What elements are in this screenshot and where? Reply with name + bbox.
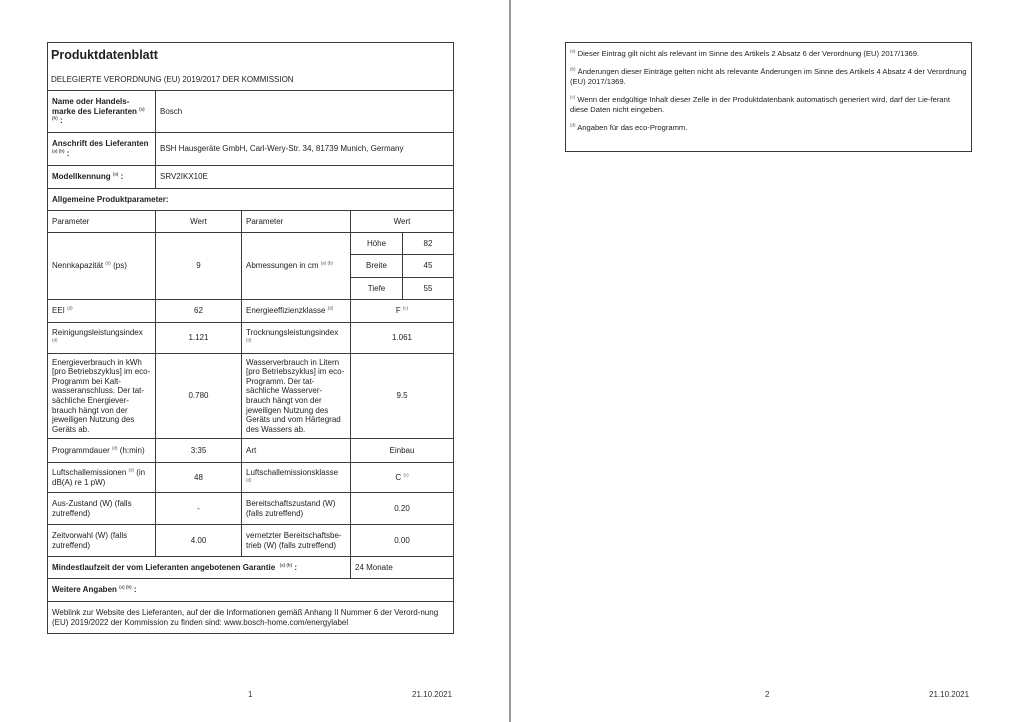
noise-class-label: Luftschallemissionsklasse(d) <box>241 462 351 493</box>
general-params-heading: Allgemeine Produktparameter: <box>47 188 454 211</box>
warranty-value: 24 Monate <box>350 556 454 579</box>
standby-value: 0.20 <box>350 492 454 525</box>
delay-start-label: Zeitvorwahl (W) (falls zutreffend) <box>47 524 156 557</box>
water-consumption-value: 9.5 <box>350 353 454 439</box>
header-value-2: Wert <box>350 210 454 233</box>
supplier-address-value: BSH Hausgeräte GmbH, Carl-Wery-Str. 34, … <box>155 132 454 166</box>
noise-label: Luftschallemissionen (d) (in dB(A) re 1 … <box>47 462 156 493</box>
footnote-b: (b) Änderungen dieser Einträge gelten ni… <box>570 67 967 86</box>
model-label: Modellkennung (a) : <box>47 165 156 189</box>
noise-value: 48 <box>155 462 242 493</box>
networked-standby-value: 0.00 <box>350 524 454 557</box>
page-1: Produktdatenblatt DELEGIERTE VERORDNUNG … <box>0 0 510 722</box>
header-parameter-2: Parameter <box>241 210 351 233</box>
cleaning-index-value: 1.121 <box>155 322 242 354</box>
dimension-name-depth: Tiefe <box>350 277 403 300</box>
page-number: 1 <box>248 690 252 699</box>
water-consumption-label: Wasserverbrauch in Litern [pro Betriebsz… <box>241 353 351 439</box>
dimension-value-depth: 55 <box>402 277 454 300</box>
page-2: (a) Dieser Eintrag gilt nicht als releva… <box>511 0 1024 722</box>
eei-value: 62 <box>155 299 242 323</box>
weblink-info: Weblink zur Website des Lieferanten, auf… <box>47 601 454 634</box>
dimension-name-height: Höhe <box>350 232 403 255</box>
program-duration-label: Programmdauer (d) (h:min) <box>47 438 156 463</box>
footnote-a: (a) Dieser Eintrag gilt nicht als releva… <box>570 49 967 58</box>
eei-label: EEI (d) <box>47 299 156 323</box>
energy-consumption-label: Energieverbrauch in kWh [pro Betriebszyk… <box>47 353 156 439</box>
off-mode-value: - <box>155 492 242 525</box>
drying-index-value: 1.061 <box>350 322 454 354</box>
networked-standby-label: vernetzter Bereitschaftsbe-trieb (W) (fa… <box>241 524 351 557</box>
energy-consumption-value: 0.780 <box>155 353 242 439</box>
page-date: 21.10.2021 <box>929 690 969 699</box>
supplier-address-label: Anschrift des Lieferanten (a) (b) : <box>47 132 156 166</box>
energy-class-label: Energieeffizienzklasse (d) <box>241 299 351 323</box>
dimension-value-height: 82 <box>402 232 454 255</box>
regulation-text: DELEGIERTE VERORDNUNG (EU) 2019/2017 DER… <box>51 75 294 85</box>
page-date: 21.10.2021 <box>412 690 452 699</box>
type-value: Einbau <box>350 438 454 463</box>
noise-class-value: C (c) <box>350 462 454 493</box>
model-value: SRV2IKX10E <box>155 165 454 189</box>
cleaning-index-label: Reinigungsleistungsindex(d) <box>47 322 156 354</box>
dimensions-label: Abmessungen in cm (a) (b) <box>241 232 351 300</box>
footnotes-box: (a) Dieser Eintrag gilt nicht als releva… <box>565 42 972 152</box>
drying-index-label: Trocknungsleistungsindex(d) <box>241 322 351 354</box>
supplier-name-value: Bosch <box>155 90 454 133</box>
page-number: 2 <box>765 690 769 699</box>
dimension-value-width: 45 <box>402 254 454 278</box>
energy-class-value: F (c) <box>350 299 454 323</box>
capacity-value: 9 <box>155 232 242 300</box>
standby-label: Bereitschaftszustand (W) (falls zutreffe… <box>241 492 351 525</box>
footnote-d: (d) Angaben für das eco-Programm. <box>570 123 967 132</box>
type-label: Art <box>241 438 351 463</box>
warranty-label: Mindestlaufzeit der vom Lieferanten ange… <box>47 556 351 579</box>
header-parameter-1: Parameter <box>47 210 156 233</box>
delay-start-value: 4.00 <box>155 524 242 557</box>
header-value-1: Wert <box>155 210 242 233</box>
supplier-name-label: Name oder Handels-marke des Lieferanten … <box>47 90 156 133</box>
capacity-label: Nennkapazität (d) (ps) <box>47 232 156 300</box>
regulation-row: DELEGIERTE VERORDNUNG (EU) 2019/2017 DER… <box>47 69 454 91</box>
title-text: Produktdatenblatt <box>51 51 158 61</box>
dimension-name-width: Breite <box>350 254 403 278</box>
program-duration-value: 3:35 <box>155 438 242 463</box>
further-info-heading: Weitere Angaben (a) (b) : <box>47 578 454 602</box>
page-title: Produktdatenblatt <box>47 42 454 69</box>
off-mode-label: Aus-Zustand (W) (falls zutreffend) <box>47 492 156 525</box>
footnote-c: (c) Wenn der endgültige Inhalt dieser Ze… <box>570 95 967 114</box>
